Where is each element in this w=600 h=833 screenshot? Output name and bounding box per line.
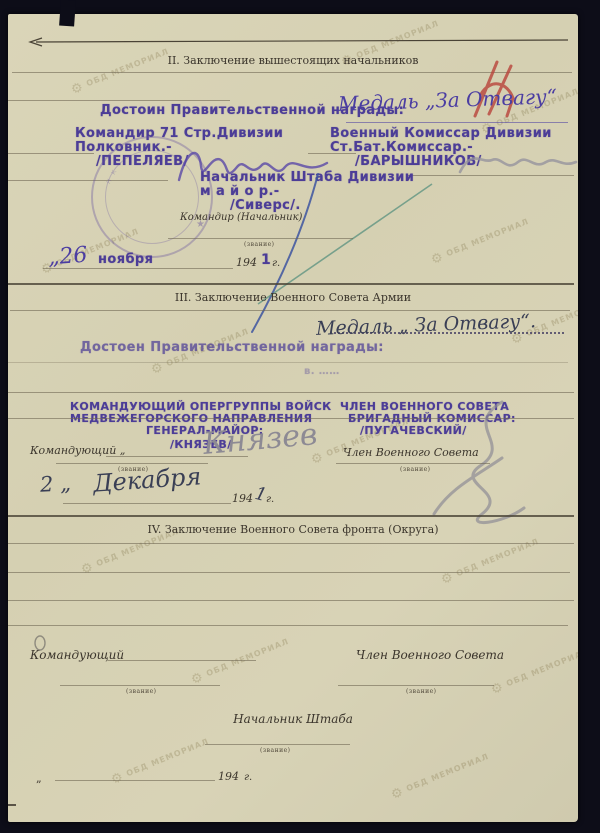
year-prefix: 194 xyxy=(236,256,257,269)
year-prefix: 194 xyxy=(232,492,253,505)
date-month-typed: ноября xyxy=(98,252,153,267)
year-suffix: г. xyxy=(244,772,252,783)
document-page: ⚙ ОБД МЕМОРИАЛ ⚙ ОБД МЕМОРИАЛ ⚙ ОБД МЕМО… xyxy=(8,14,578,822)
obd-memorial-watermark: ⚙ ОБД МЕМОРИАЛ xyxy=(189,635,292,688)
rank-caption: (звание) xyxy=(126,688,156,695)
teal-pen-stroke xyxy=(256,182,436,307)
rank-caption: (звание) xyxy=(406,688,436,695)
stamp-offset-smudge: в. …… xyxy=(304,366,340,377)
year-suffix: г. xyxy=(266,494,274,505)
year-digit-typed: 1 xyxy=(261,252,271,268)
stamp-arc-text: Н К О xyxy=(105,158,124,185)
scan-notch xyxy=(59,0,76,26)
rank-caption: (звание) xyxy=(400,466,430,473)
section3-award-label: Достоен Правительственной награды: xyxy=(80,340,384,355)
year-prefix: 194 xyxy=(218,770,239,783)
gear-icon: ⚙ xyxy=(69,79,86,98)
gear-icon: ⚙ xyxy=(79,559,96,578)
star-icon: ★ xyxy=(196,219,205,230)
baryshnikov-signature xyxy=(456,138,578,186)
section3-date-month: Декабря xyxy=(92,462,202,497)
obd-memorial-watermark: ⚙ ОБД МЕМОРИАЛ xyxy=(429,215,532,268)
section3-title: III. Заключение Военного Совета Армии xyxy=(8,291,578,304)
edge-tick xyxy=(8,804,16,806)
section4-title: IV. Заключение Военного Совета фронта (О… xyxy=(8,523,578,536)
rank-caption: (звание) xyxy=(244,241,274,248)
date-open-quote: „ xyxy=(36,772,42,785)
rank-caption: (звание) xyxy=(260,747,290,754)
section3-award-handwritten: Медаль „ За Отвагу“. xyxy=(316,310,537,340)
top-rule-with-arrow xyxy=(28,36,573,48)
gear-icon: ⚙ xyxy=(389,784,406,803)
date-day-handwritten: „26 xyxy=(47,243,88,271)
gear-icon: ⚙ xyxy=(489,679,506,698)
section4-member-label: Член Военного Совета xyxy=(356,648,504,662)
scanned-award-document: { "watermark": "ОБД МЕМОРИАЛ", "section2… xyxy=(0,0,600,833)
year-suffix: г. xyxy=(272,258,280,269)
obd-memorial-watermark: ⚙ ОБД МЕМОРИАЛ xyxy=(389,750,492,803)
gear-icon: ⚙ xyxy=(109,769,126,788)
section3-date-day: 2 „ xyxy=(39,471,71,497)
section4-chief-label: Начальник Штаба xyxy=(8,712,578,726)
